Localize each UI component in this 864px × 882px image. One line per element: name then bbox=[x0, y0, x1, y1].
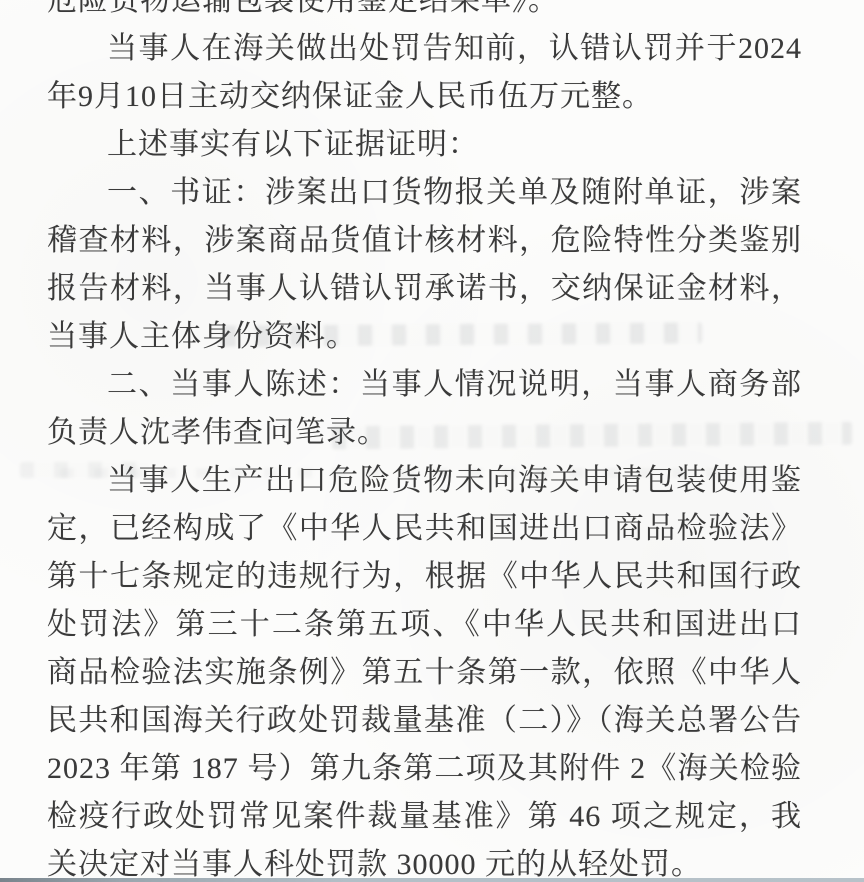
paragraph-party-statement: 二、当事人陈述：当事人情况说明，当事人商务部负责人沈孝伟查问笔录。 bbox=[47, 361, 802, 457]
paragraph-legal-basis-decision: 当事人生产出口危险货物未向海关申请包装使用鉴定，已经构成了《中华人民共和国进出口… bbox=[47, 457, 802, 882]
scan-bottom-edge bbox=[0, 878, 864, 882]
paragraph-evidence-intro: 上述事实有以下证据证明： bbox=[47, 121, 802, 169]
paragraph-deposit-payment: 当事人在海关做出处罚告知前，认错认罚并于2024年9月10日主动交纳保证金人民币… bbox=[47, 25, 802, 121]
paragraph-continuation-top-cut: 危险货物运输包装使用鉴定结果单》。 bbox=[47, 0, 802, 25]
paragraph-evidence-documents: 一、书证：涉案出口货物报关单及随附单证，涉案稽查材料，涉案商品货值计核材料，危险… bbox=[47, 169, 802, 361]
document-text-block: 危险货物运输包装使用鉴定结果单》。 当事人在海关做出处罚告知前，认错认罚并于20… bbox=[0, 0, 864, 882]
